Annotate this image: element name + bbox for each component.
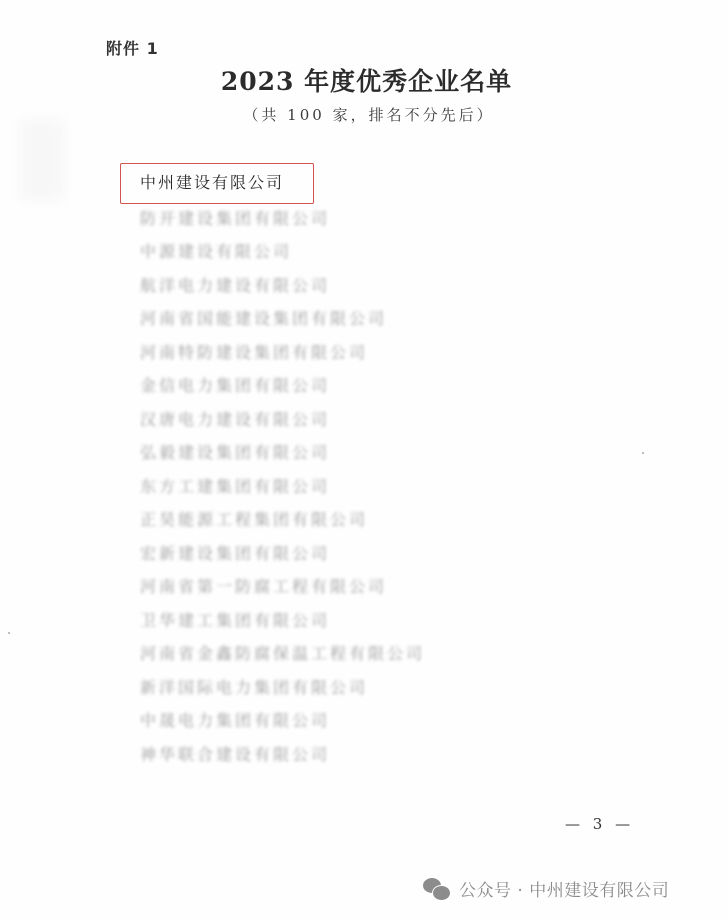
page-title: 2023 年度优秀企业名单 [0,62,728,98]
watermark: 公众号 · 中州建设有限公司 [423,876,669,901]
company-item: 中源建设有限公司 [140,235,425,269]
scan-speck [642,452,644,454]
company-item-highlighted: 中州建设有限公司 [140,168,425,202]
wechat-icon [423,878,451,900]
company-item: 汉唐电力建设有限公司 [140,403,425,437]
scan-speck [8,632,10,634]
company-list: 中州建设有限公司 防开建设集团有限公司 中源建设有限公司 航洋电力建设有限公司 … [140,168,425,771]
page-subtitle: （共 100 家，排名不分先后） [0,104,728,125]
company-item: 新洋国际电力集团有限公司 [140,671,425,705]
company-item: 河南省国能建设集团有限公司 [140,302,425,336]
page-number: — 3 — [565,815,634,833]
company-item: 中晟电力集团有限公司 [140,704,425,738]
company-item: 卫华建工集团有限公司 [140,604,425,638]
company-item: 防开建设集团有限公司 [140,202,425,236]
watermark-text: 公众号 · 中州建设有限公司 [459,876,669,901]
company-item: 神华联合建设有限公司 [140,738,425,772]
company-item: 宏新建设集团有限公司 [140,537,425,571]
company-item: 河南省第一防腐工程有限公司 [140,570,425,604]
company-item: 河南特防建设集团有限公司 [140,336,425,370]
company-item: 河南省金鑫防腐保温工程有限公司 [140,637,425,671]
company-item: 弘毅建设集团有限公司 [140,436,425,470]
company-item: 航洋电力建设有限公司 [140,269,425,303]
attachment-label: 附件 1 [106,36,159,59]
company-item: 金信电力集团有限公司 [140,369,425,403]
document-page: 附件 1 2023 年度优秀企业名单 （共 100 家，排名不分先后） 中州建设… [0,0,728,919]
company-item: 正昊能源工程集团有限公司 [140,503,425,537]
company-item: 东方工建集团有限公司 [140,470,425,504]
scan-shadow [20,120,65,200]
